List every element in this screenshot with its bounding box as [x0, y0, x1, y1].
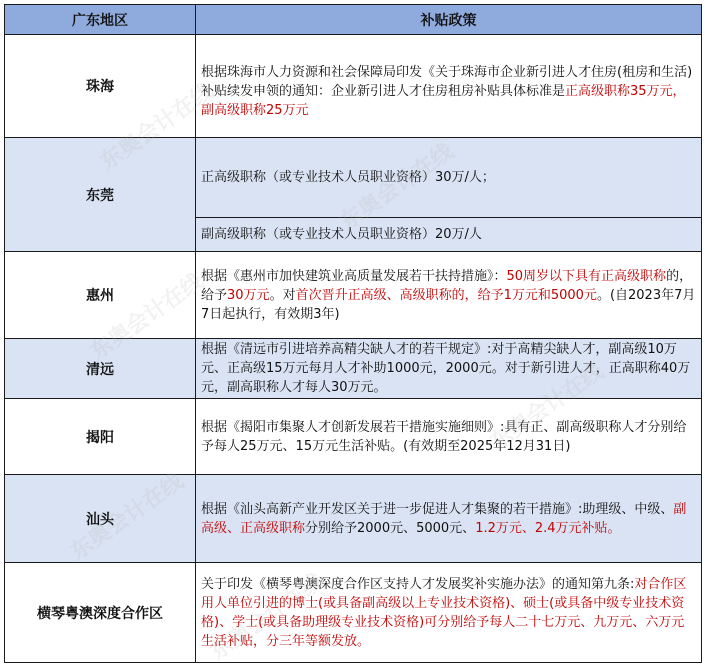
policy-text: 根据《惠州市加快建筑业高质量发展若干扶持措施》：	[201, 269, 507, 284]
policy-cell: 根据《汕头高新产业开发区关于进一步促进人才集聚的若干措施》:助理级、中级、副高级…	[196, 475, 702, 563]
table-row-jieyang: 揭阳 根据《揭阳市集聚人才创新发展若干措施实施细则》:具有正、副高级职称人才分别…	[5, 399, 702, 475]
policy-cell: 根据《惠州市加快建筑业高质量发展若干扶持措施》：50周岁以下具有正高级职称的，给…	[196, 252, 702, 339]
policy-cell: 副高级职称（或专业技术人员职业资格）20万/人	[196, 218, 702, 252]
policy-highlight: 30万元	[227, 288, 270, 303]
region-cell: 汕头	[5, 475, 196, 563]
policy-text: 。对	[270, 288, 296, 303]
policy-text: 根据《清远市引进培养高精尖缺人才的若干规定》:对于高精尖缺人才，副高级10万元、…	[201, 342, 690, 395]
region-cell: 珠海	[5, 35, 196, 138]
header-policy: 补贴政策	[196, 5, 702, 35]
region-cell: 东莞	[5, 138, 196, 252]
policy-text: 根据《揭阳市集聚人才创新发展若干措施实施细则》:具有正、副高级职称人才分别给予每…	[201, 420, 686, 454]
table-header-row: 广东地区 补贴政策	[5, 5, 702, 35]
region-cell: 横琴粤澳深度合作区	[5, 563, 196, 663]
policy-cell: 根据珠海市人力资源和社会保障局印发《关于珠海市企业新引进人才住房(租房和生活)补…	[196, 35, 702, 138]
table-row-dongguan: 东莞 正高级职称（或专业技术人员职业资格）30万/人；	[5, 138, 702, 218]
table-row-shantou: 汕头 根据《汕头高新产业开发区关于进一步促进人才集聚的若干措施》:助理级、中级、…	[5, 475, 702, 563]
table-row-qingyuan: 清远 根据《清远市引进培养高精尖缺人才的若干规定》:对于高精尖缺人才，副高级10…	[5, 339, 702, 399]
policy-cell: 根据《清远市引进培养高精尖缺人才的若干规定》:对于高精尖缺人才，副高级10万元、…	[196, 339, 702, 399]
region-cell: 惠州	[5, 252, 196, 339]
region-cell: 揭阳	[5, 399, 196, 475]
header-region: 广东地区	[5, 5, 196, 35]
policy-cell: 正高级职称（或专业技术人员职业资格）30万/人；	[196, 138, 702, 218]
policy-cell: 关于印发《横琴粤澳深度合作区支持人才发展奖补实施办法》的通知第九条:对合作区用人…	[196, 563, 702, 663]
table-row-hengqin: 横琴粤澳深度合作区 关于印发《横琴粤澳深度合作区支持人才发展奖补实施办法》的通知…	[5, 563, 702, 663]
policy-highlight: 50周岁以下具有正高级职称	[507, 269, 667, 284]
policy-highlight: 首次晋升正高级、高级职称的，给予1万元和5000元	[296, 288, 597, 303]
policy-text: 根据《汕头高新产业开发区关于进一步促进人才集聚的若干措施》:助理级、中级、	[201, 502, 673, 517]
subsidy-policy-table: 广东地区 补贴政策 珠海 根据珠海市人力资源和社会保障局印发《关于珠海市企业新引…	[4, 4, 702, 663]
policy-cell: 根据《揭阳市集聚人才创新发展若干措施实施细则》:具有正、副高级职称人才分别给予每…	[196, 399, 702, 475]
table-row-zhuhai: 珠海 根据珠海市人力资源和社会保障局印发《关于珠海市企业新引进人才住房(租房和生…	[5, 35, 702, 138]
policy-text: 关于印发《横琴粤澳深度合作区支持人才发展奖补实施办法》的通知第九条:	[201, 577, 634, 592]
policy-text: 分别给予2000元、5000元、	[305, 521, 475, 536]
policy-highlight: 1.2万元、2.4万元补贴。	[475, 521, 620, 536]
table-row-huizhou: 惠州 根据《惠州市加快建筑业高质量发展若干扶持措施》：50周岁以下具有正高级职称…	[5, 252, 702, 339]
region-cell: 清远	[5, 339, 196, 399]
